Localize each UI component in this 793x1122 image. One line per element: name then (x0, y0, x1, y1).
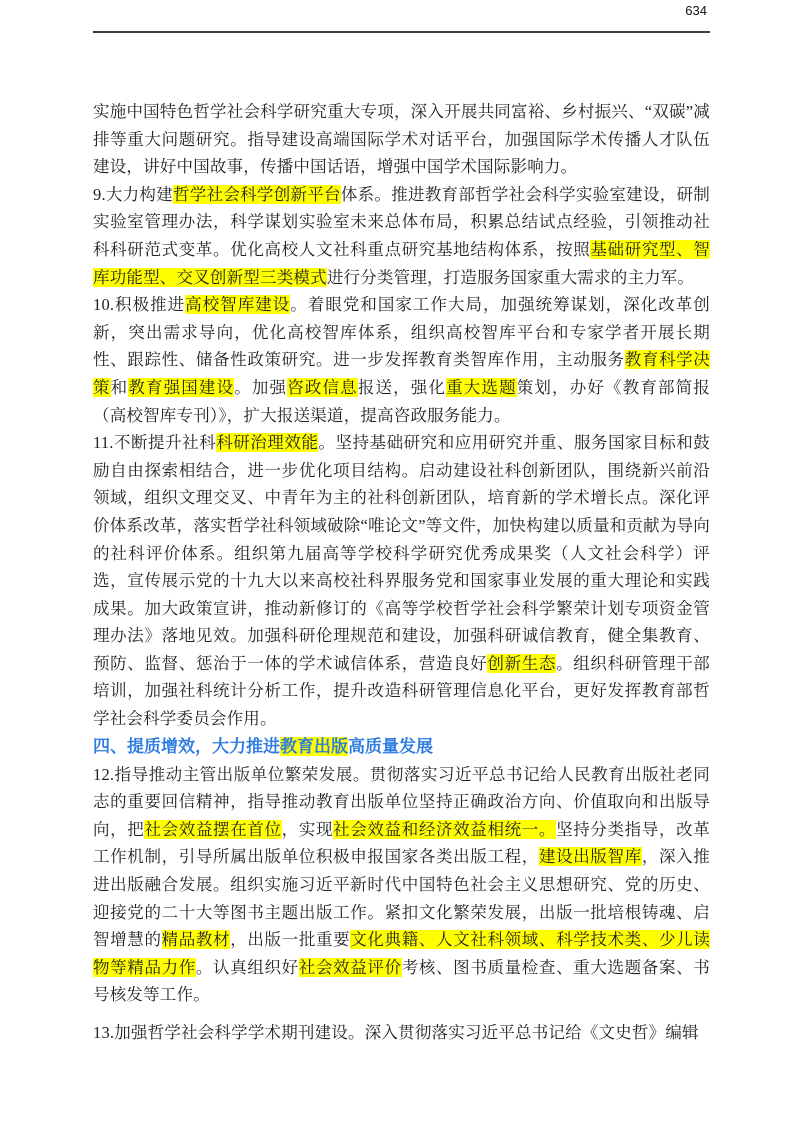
paragraph: 11.不断提升社科科研治理效能。坚持基础研究和应用研究并重、服务国家目标和鼓励自… (93, 429, 710, 733)
text-run: 高质量发展 (348, 737, 433, 756)
text-run: 。认真组织好 (196, 958, 299, 977)
document-page: 634 实施中国特色哲学社会科学研究重大专项，深入开展共同富裕、乡村振兴、“双碳… (0, 0, 793, 1122)
text-run: 报送，强化 (358, 378, 446, 397)
paragraph: 9.大力构建哲学社会科学创新平台体系。推进教育部哲学社会科学实验室建设，研制实验… (93, 181, 710, 291)
paragraph: 12.指导推动主管出版单位繁荣发展。贯彻落实习近平总书记给人民教育出版社老同志的… (93, 761, 710, 1009)
highlighted-text: 精品教材 (162, 930, 231, 949)
paragraph: 实施中国特色哲学社会科学研究重大专项，深入开展共同富裕、乡村振兴、“双碳”减排等… (93, 98, 710, 181)
paragraph: 10.积极推进高校智库建设。着眼党和国家工作大局，加强统筹谋划，深化改革创新，突… (93, 291, 710, 429)
highlighted-text: 教育出版 (280, 737, 348, 756)
paragraph: 13.加强哲学社会科学学术期刊建设。深入贯彻落实习近平总书记给《文史哲》编辑 (93, 1019, 710, 1047)
text-run: 实施中国特色哲学社会科学研究重大专项，深入开展共同富裕、乡村振兴、“双碳”减排等… (93, 102, 710, 176)
text-run: 10.积极推进 (93, 295, 185, 314)
text-run: 9.大力构建 (93, 185, 173, 204)
text-run: 。坚持基础研究和应用研究并重、服务国家目标和鼓励自由探索相结合，进一步优化项目结… (93, 433, 710, 673)
highlighted-text: 重大选题 (446, 378, 517, 397)
text-run: 四、提质增效，大力推进 (93, 737, 280, 756)
text-run: ，实现 (282, 820, 333, 839)
highlighted-text: 创新生态 (487, 654, 556, 673)
text-run: 进行分类管理，打造服务国家重大需求的主力军。 (327, 268, 694, 287)
page-number: 634 (685, 3, 707, 18)
highlighted-text: 咨政信息 (287, 378, 358, 397)
highlighted-text: 建设出版智库 (539, 847, 642, 866)
text-run: ，出版一批重要 (230, 930, 350, 949)
document-body: 实施中国特色哲学社会科学研究重大专项，深入开展共同富裕、乡村振兴、“双碳”减排等… (93, 98, 710, 1047)
section-heading: 四、提质增效，大力推进教育出版高质量发展 (93, 733, 710, 761)
highlighted-text: 科研治理效能 (216, 433, 318, 452)
highlighted-text: 哲学社会科学创新平台 (173, 185, 341, 204)
highlighted-text: 社会效益摆在首位 (144, 820, 281, 839)
highlighted-text: 教育强国建设 (128, 378, 234, 397)
text-run: 13.加强哲学社会科学学术期刊建设。深入贯彻落实习近平总书记给《文史哲》编辑 (93, 1023, 699, 1042)
text-run: 11.不断提升社科 (93, 433, 216, 452)
text-run: 。加强 (234, 378, 287, 397)
text-run: 和 (111, 378, 129, 397)
highlighted-text: 社会效益和经济效益相统一。 (333, 820, 556, 839)
header-rule (93, 31, 710, 33)
highlighted-text: 高校智库建设 (185, 295, 290, 314)
highlighted-text: 社会效益评价 (299, 958, 402, 977)
